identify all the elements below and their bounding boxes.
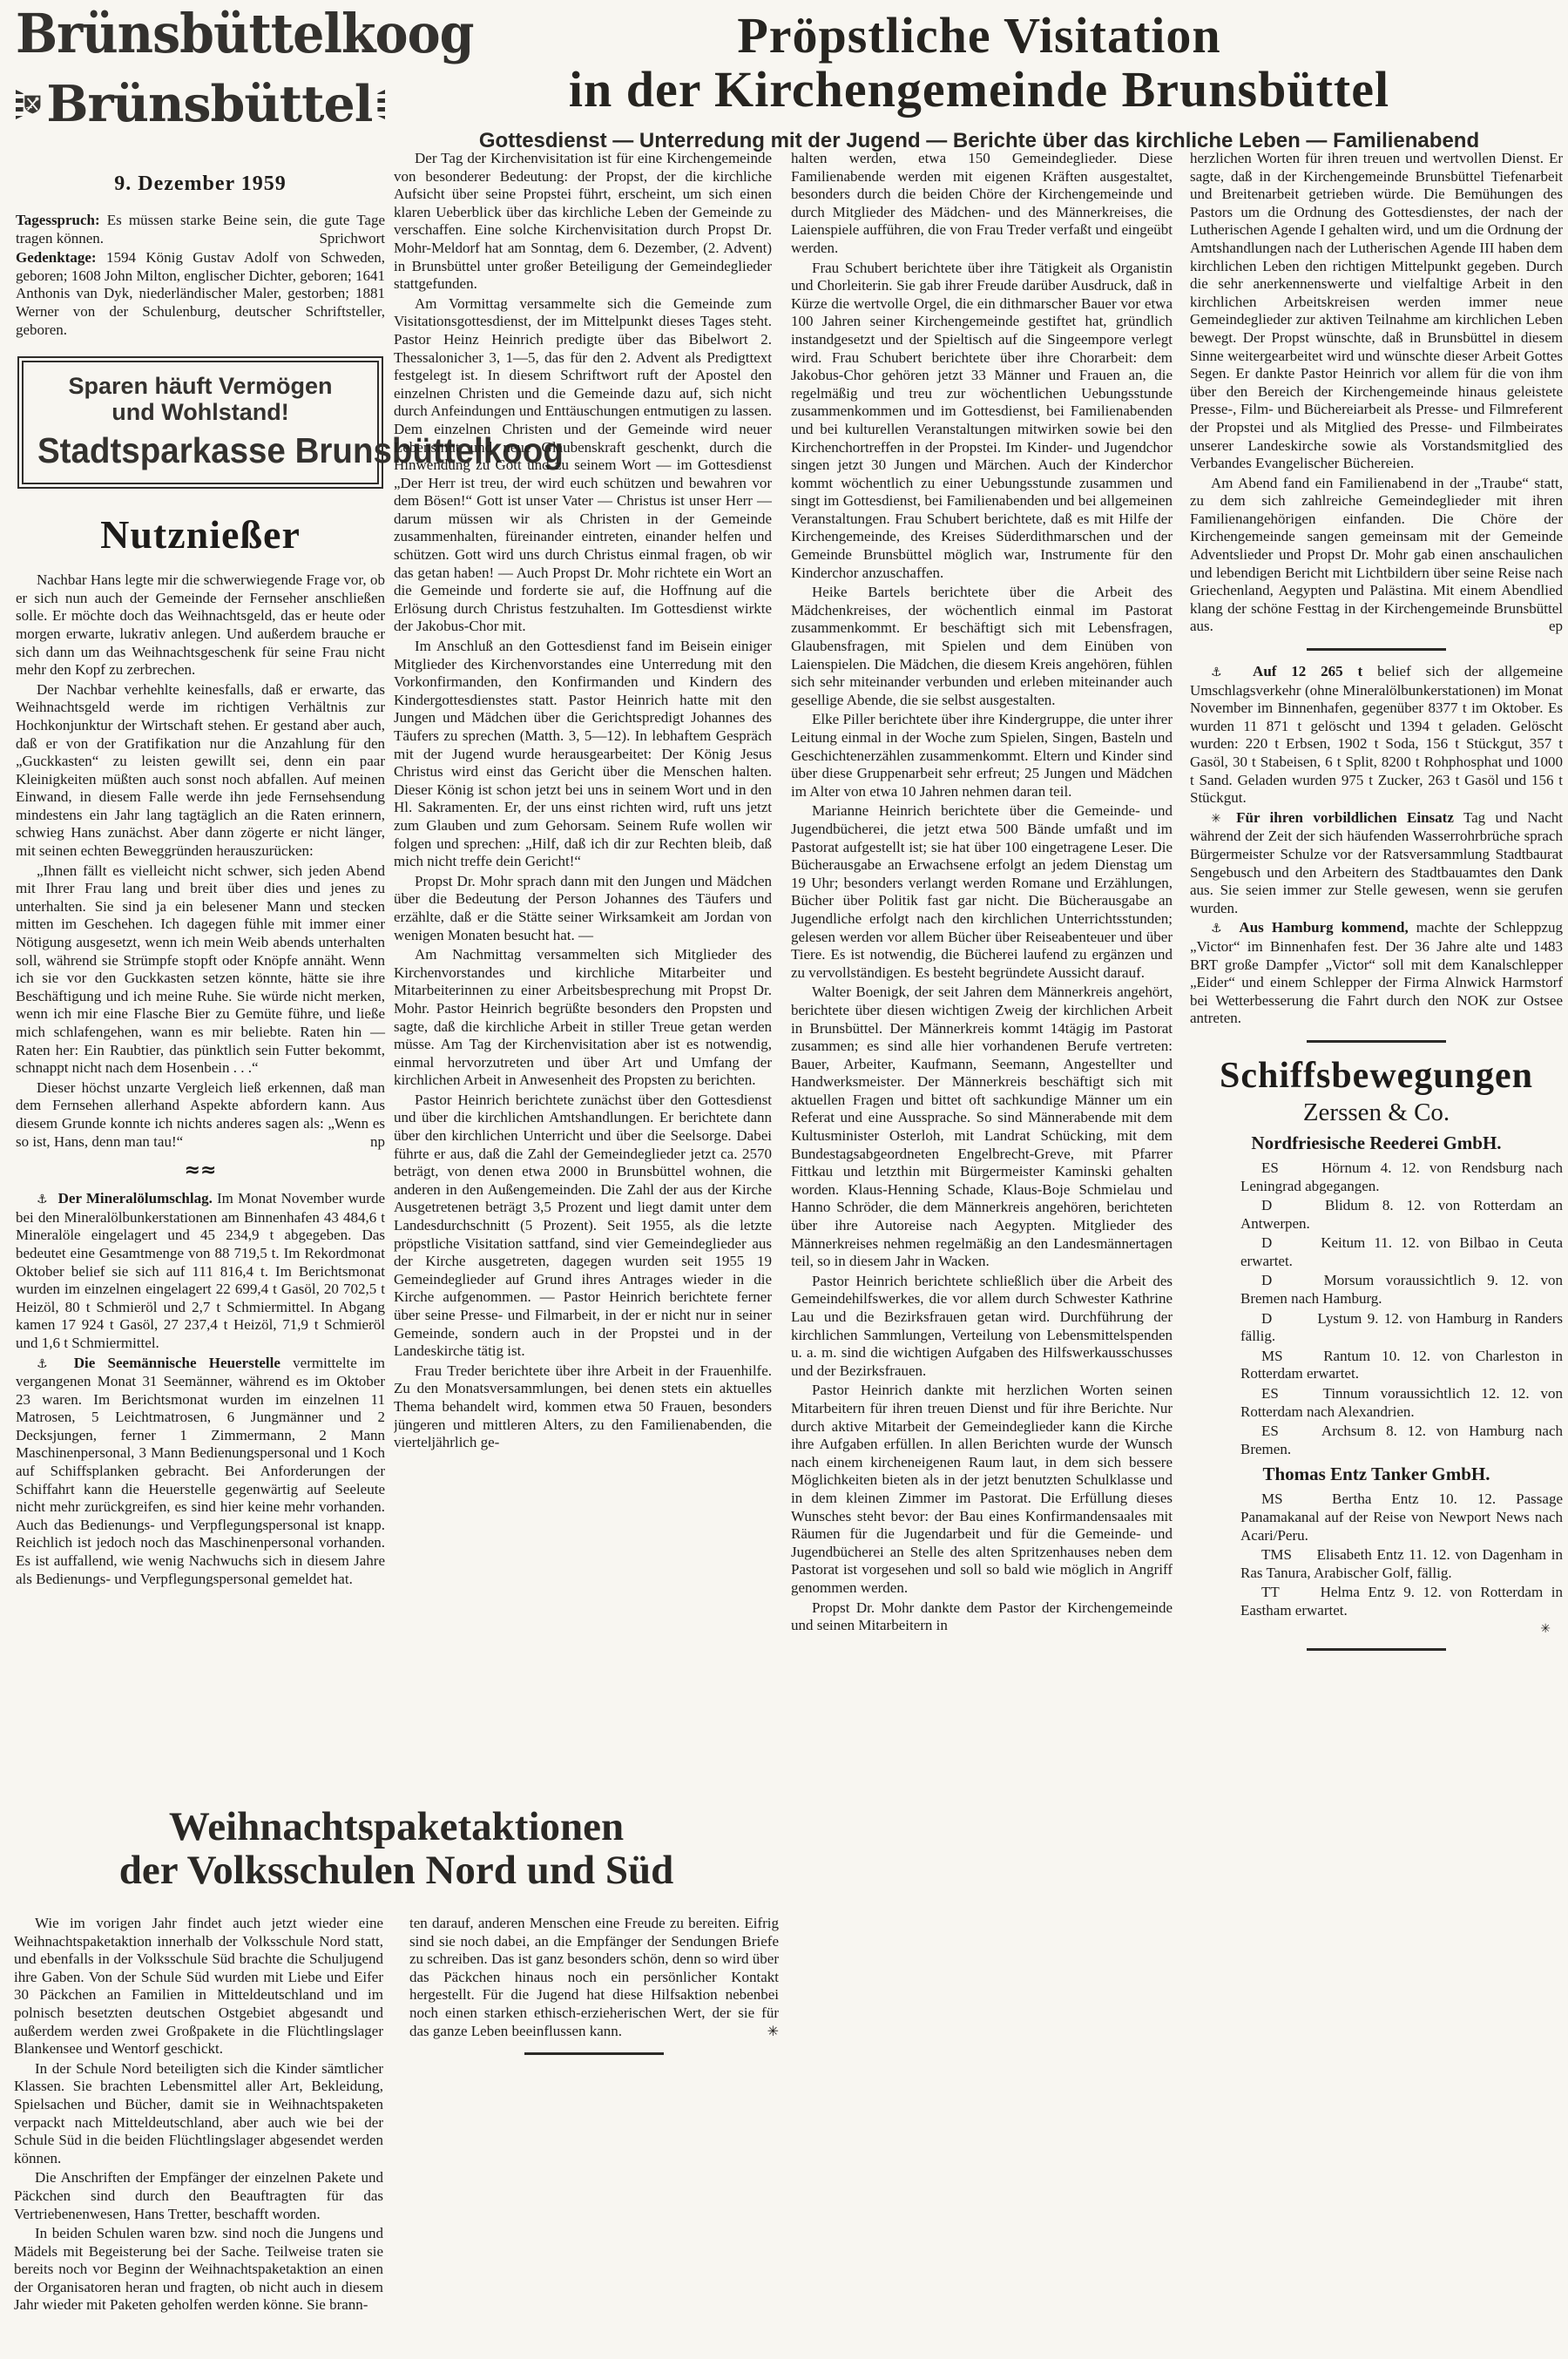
tagesspruch: Tagesspruch: Es müssen starke Beine sein… [16, 212, 385, 247]
ad-slogan-line1: Sparen häuft Vermögen [27, 373, 374, 399]
nutzniesser-body: Nachbar Hans legte mir die schwerwiegend… [16, 571, 385, 1078]
ship-entry: D Morsum voraussichtlich 9. 12. von Brem… [1190, 1272, 1563, 1308]
paragraph: Walter Boenigk, der seit Jahren dem Männ… [791, 983, 1173, 1271]
paragraph: Propst Dr. Mohr dankte dem Pastor der Ki… [791, 1599, 1173, 1635]
ship-type-prefix: D [1261, 1234, 1312, 1253]
author-signature: ep [1528, 618, 1563, 636]
ship-movements-list: MS Bertha Entz 10. 12. Passage Panamakan… [1190, 1490, 1563, 1619]
news-lead: Für ihren vorbildlichen Einsatz [1236, 809, 1454, 826]
paragraph: „Ihnen fällt es vielleicht nicht schwer,… [16, 862, 385, 1078]
paragraph: Pastor Heinrich dankte mit herzlichen Wo… [791, 1382, 1173, 1597]
anchor-icon: ✳ [1211, 812, 1227, 826]
weihnachts-left-column: Wie im vorigen Jahr findet auch jetzt wi… [14, 1915, 383, 2316]
ship-type-prefix: MS [1261, 1348, 1312, 1366]
paragraph: Frau Schubert berichtete über ihre Tätig… [791, 260, 1173, 583]
article-column-2: halten werden, etwa 150 Gemeindeglieder.… [791, 150, 1173, 1997]
paragraph: In beiden Schulen waren bzw. sind noch d… [14, 2225, 383, 2315]
news-item: ⚓ Aus Hamburg kommend, machte der Schlep… [1190, 919, 1563, 1028]
continuation-paragraph: herzlichen Worten für ihren treuen und w… [1190, 150, 1563, 473]
paragraph: Nachbar Hans legte mir die schwerwiegend… [16, 571, 385, 679]
paragraph: Marianne Heinrich berichtete über die Ge… [791, 802, 1173, 982]
flourish-left-icon [16, 90, 24, 119]
left-column: Brünsbüttelkoog Brünsbüttel 9. Dezember … [16, 7, 385, 1590]
shipping-section: Schiffsbewegungen Zerssen & Co. Nordfrie… [1190, 1055, 1563, 1651]
paragraph: Am Vormittag versammelte sich die Gemein… [394, 295, 772, 636]
section-divider [1307, 1040, 1446, 1043]
savings-bank-ad: Sparen häuft Vermögen und Wohlstand! Sta… [17, 356, 383, 489]
ship-type-prefix: D [1261, 1272, 1312, 1290]
paragraph: Im Anschluß an den Gottesdienst fand im … [394, 638, 772, 871]
paragraph: Pastor Heinrich berichtete schließlich ü… [791, 1273, 1173, 1381]
paragraph: Pastor Heinrich berichtete zunächst über… [394, 1092, 772, 1361]
paragraph: Der Nachbar verhehlte keinesfalls, daß e… [16, 681, 385, 861]
section-divider [524, 2052, 664, 2055]
shipping-agency: Zerssen & Co. [1190, 1098, 1563, 1127]
gedenktage-label: Gedenktage: [16, 249, 97, 266]
masthead-title-line2: Brünsbüttel [46, 78, 372, 131]
gedenktage: Gedenktage: 1594 König Gustav Adolf von … [16, 249, 385, 339]
ship-entry: D Blidum 8. 12. von Rotterdam an Antwerp… [1190, 1197, 1563, 1233]
ship-entry: TMS Elisabeth Entz 11. 12. von Dagenham … [1190, 1546, 1563, 1582]
news-text: Im Monat November wurde bei den Mineralö… [16, 1190, 385, 1351]
ship-entry: TT Helma Entz 9. 12. von Rotterdam in Ea… [1190, 1584, 1563, 1619]
masthead: Brünsbüttelkoog Brünsbüttel [16, 7, 385, 150]
anchor-icon: ⚓ [37, 1357, 62, 1371]
harbor-news: ⚓ Auf 12 265 t belief sich der allgemein… [1190, 663, 1563, 1028]
news-item: ⚓ Der Mineralölumschlag. Im Monat Novemb… [16, 1190, 385, 1352]
ship-type-prefix: ES [1261, 1159, 1312, 1178]
section-divider [1307, 1648, 1446, 1651]
ship-type-prefix: D [1261, 1197, 1312, 1215]
continuation-paragraph: halten werden, etwa 150 Gemeindeglieder.… [791, 150, 1173, 258]
issue-date: 9. Dezember 1959 [16, 172, 385, 196]
masthead-title-line1: Brünsbüttelkoog [16, 7, 385, 62]
news-lead: Die Seemännische Heuerstelle [74, 1355, 280, 1371]
ad-bank-name: Stadtsparkasse Brunsbüttelkoog [37, 430, 363, 470]
ship-type-prefix: TT [1261, 1584, 1312, 1602]
tagesspruch-label: Tagesspruch: [16, 212, 100, 228]
ship-entry: ES Tinnum voraussichtlich 12. 12. von Ro… [1190, 1385, 1563, 1421]
ship-entry: D Keitum 11. 12. von Bilbao in Ceuta erw… [1190, 1234, 1563, 1270]
newspaper-page: Brünsbüttelkoog Brünsbüttel 9. Dezember … [0, 0, 1568, 2359]
paragraph: Am Nachmittag versammelten sich Mitglied… [394, 946, 772, 1090]
main-article-headline: Pröpstliche Visitation in der Kirchengem… [394, 9, 1565, 153]
weihnachts-headline-line1: Weihnachtspaketaktionen [14, 1805, 779, 1849]
news-lead: Aus Hamburg kommend, [1239, 919, 1408, 936]
news-lead: Der Mineralölumschlag. [58, 1190, 213, 1207]
news-text: vermittelte im vergangenen Monat 31 Seem… [16, 1355, 385, 1587]
ship-type-prefix: ES [1261, 1423, 1312, 1441]
coat-of-arms-icon [24, 59, 42, 150]
article-column-1-body: Der Tag der Kirchenvisitation ist für ei… [394, 150, 772, 1452]
anchor-icon: ⚓ [1211, 666, 1238, 679]
weihnachts-columns: Wie im vorigen Jahr findet auch jetzt wi… [14, 1915, 779, 2316]
paragraph: Propst Dr. Mohr sprach dann mit den Jung… [394, 873, 772, 944]
news-lead: Auf 12 265 t [1253, 663, 1362, 679]
ship-entry: ES Archsum 8. 12. von Hamburg nach Breme… [1190, 1423, 1563, 1458]
news-item: ⚓ Die Seemännische Heuerstelle vermittel… [16, 1355, 385, 1589]
author-signature: np [349, 1133, 385, 1152]
weihnachts-right-column: ten darauf, anderen Menschen eine Freude… [409, 1915, 779, 2316]
tagesspruch-attribution: Sprichwort [319, 230, 385, 248]
wave-divider-icon: ≈≈ [16, 1159, 385, 1181]
end-ornament: ✳ [767, 2023, 779, 2041]
ad-slogan-line2: und Wohlstand! [27, 399, 374, 425]
anchor-icon: ⚓ [1211, 922, 1231, 936]
article-final-paragraph: Am Abend fand ein Familienabend in der „… [1190, 475, 1563, 636]
paragraph: Die Anschriften der Empfänger der einzel… [14, 2169, 383, 2223]
continuation-paragraph: ten darauf, anderen Menschen eine Freude… [409, 1915, 779, 2040]
paragraph: Elke Piller berichtete über ihre Kinderg… [791, 711, 1173, 801]
shipping-company: Nordfriesische Reederei GmbH. [1190, 1132, 1563, 1154]
end-ornament: ✳ [1190, 1622, 1563, 1636]
ship-entry: D Lystum 9. 12. von Hamburg in Randers f… [1190, 1310, 1563, 1346]
paragraph: Frau Treder berichtete über ihre Arbeit … [394, 1362, 772, 1452]
paragraph: Wie im vorigen Jahr findet auch jetzt wi… [14, 1915, 383, 2058]
paragraph: Der Tag der Kirchenvisitation ist für ei… [394, 150, 772, 294]
article-column-2-body: Frau Schubert berichtete über ihre Tätig… [791, 260, 1173, 1635]
article-column-1: Der Tag der Kirchenvisitation ist für ei… [394, 150, 772, 1805]
news-item: ✳ Für ihren vorbildlichen Einsatz Tag un… [1190, 809, 1563, 918]
nutzniesser-title: Nutznießer [16, 511, 385, 558]
ship-entry: MS Bertha Entz 10. 12. Passage Panamakan… [1190, 1490, 1563, 1545]
weihnachts-article: Weihnachtspaketaktionen der Volksschulen… [14, 1805, 779, 2316]
shipping-company: Thomas Entz Tanker GmbH. [1190, 1463, 1563, 1485]
anchor-icon: ⚓ [37, 1193, 53, 1207]
ship-type-prefix: TMS [1261, 1546, 1312, 1565]
paragraph: Heike Bartels berichtete über die Arbeit… [791, 584, 1173, 709]
ship-movements-list: ES Hörnum 4. 12. von Rendsburg nach Leni… [1190, 1159, 1563, 1459]
local-news: ⚓ Der Mineralölumschlag. Im Monat Novemb… [16, 1190, 385, 1588]
nutzniesser-last-paragraph: Dieser höchst unzarte Vergleich ließ erk… [16, 1079, 385, 1151]
paragraph: In der Schule Nord beteiligten sich die … [14, 2060, 383, 2168]
news-text: belief sich der allgemeine Umschlagsverk… [1190, 663, 1563, 806]
news-item: ⚓ Auf 12 265 t belief sich der allgemein… [1190, 663, 1563, 808]
shipping-title: Schiffsbewegungen [1190, 1055, 1563, 1097]
flourish-right-icon [377, 90, 385, 119]
ship-entry: MS Rantum 10. 12. von Charleston in Rott… [1190, 1348, 1563, 1383]
ship-entry: ES Hörnum 4. 12. von Rendsburg nach Leni… [1190, 1159, 1563, 1195]
ship-type-prefix: MS [1261, 1490, 1312, 1509]
ship-type-prefix: D [1261, 1310, 1312, 1328]
section-divider [1307, 648, 1446, 651]
headline-line2: in der Kirchengemeinde Brunsbüttel [394, 63, 1565, 117]
masthead-title-row: Brünsbüttel [16, 59, 385, 150]
weihnachts-headline-line2: der Volksschulen Nord und Süd [14, 1849, 779, 1892]
headline-line1: Pröpstliche Visitation [394, 9, 1565, 63]
article-column-3: herzlichen Worten für ihren treuen und w… [1190, 150, 1563, 1663]
ship-type-prefix: ES [1261, 1385, 1312, 1403]
